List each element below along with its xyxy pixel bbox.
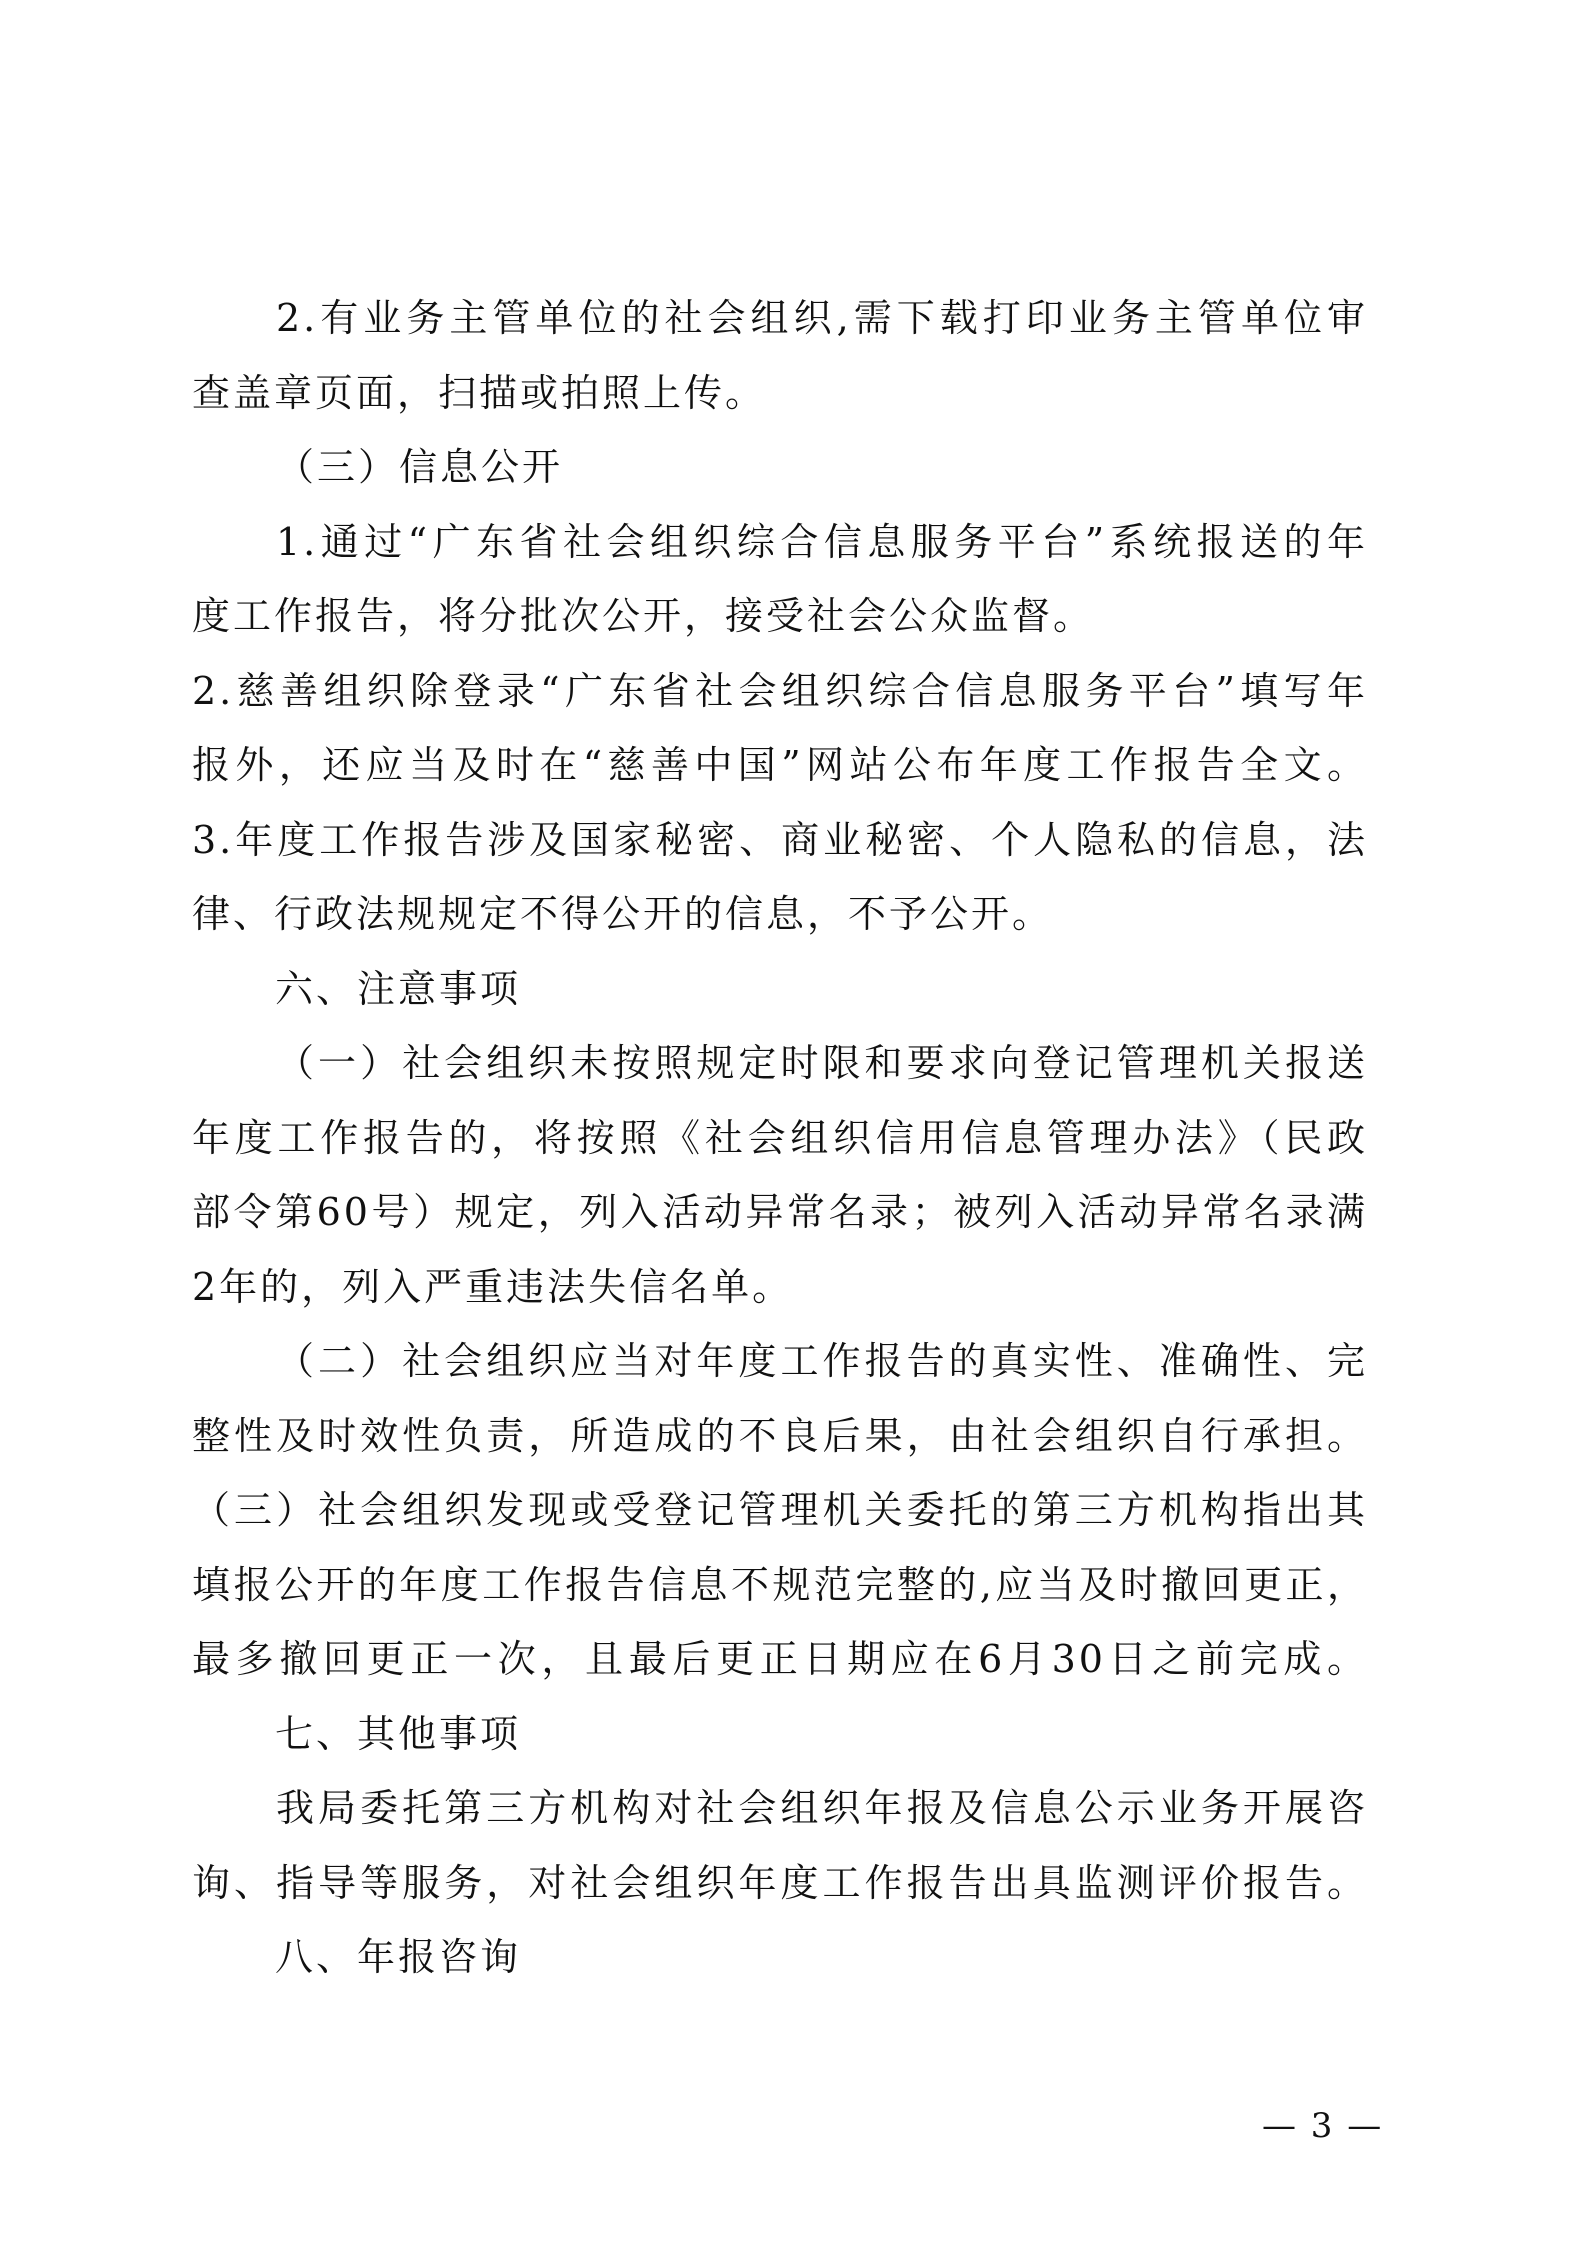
paragraph-line: 2.有业务主管单位的社会组织,需下载打印业务主管单位审	[192, 281, 1368, 356]
paragraph-line: 3.年度工作报告涉及国家秘密、商业秘密、个人隐私的信息，法	[192, 803, 1368, 878]
paragraph-disclosure-item-3: 3.年度工作报告涉及国家秘密、商业秘密、个人隐私的信息，法 律、行政法规规定不得…	[192, 803, 1368, 952]
paragraph-line: 律、行政法规规定不得公开的信息，不予公开。	[192, 877, 1368, 952]
section-heading-6-notes: 六、注意事项	[192, 952, 1368, 1027]
paragraph-line: （二）社会组织应当对年度工作报告的真实性、准确性、完	[192, 1324, 1368, 1399]
paragraph-notes-item-2: （二）社会组织应当对年度工作报告的真实性、准确性、完 整性及时效性负责，所造成的…	[192, 1324, 1368, 1473]
paragraph-item-2-seal-upload: 2.有业务主管单位的社会组织,需下载打印业务主管单位审 查盖章页面，扫描或拍照上…	[192, 281, 1368, 430]
section-heading-8-consultation: 八、年报咨询	[192, 1920, 1368, 1995]
paragraph-line: 我局委托第三方机构对社会组织年报及信息公示业务开展咨	[192, 1771, 1368, 1846]
paragraph-line: 查盖章页面，扫描或拍照上传。	[192, 356, 1368, 431]
page-number: — 3 —	[1262, 2104, 1383, 2148]
paragraph-notes-item-1: （一）社会组织未按照规定时限和要求向登记管理机关报送 年度工作报告的，将按照《社…	[192, 1026, 1368, 1324]
paragraph-line: 部令第60号）规定，列入活动异常名录；被列入活动异常名录满	[192, 1175, 1368, 1250]
paragraph-disclosure-item-1: 1.通过“广东省社会组织综合信息服务平台”系统报送的年 度工作报告，将分批次公开…	[192, 505, 1368, 654]
paragraph-disclosure-item-2: 2.慈善组织除登录“广东省社会组织综合信息服务平台”填写年 报外，还应当及时在“…	[192, 654, 1368, 803]
document-page: 2.有业务主管单位的社会组织,需下载打印业务主管单位审 查盖章页面，扫描或拍照上…	[0, 0, 1587, 2245]
subsection-heading-text: （三）信息公开	[192, 430, 1368, 505]
paragraph-line: 年度工作报告的，将按照《社会组织信用信息管理办法》（民政	[192, 1101, 1368, 1176]
section-heading-7-other-matters: 七、其他事项	[192, 1697, 1368, 1772]
paragraph-line: 报外，还应当及时在“慈善中国”网站公布年度工作报告全文。	[192, 728, 1368, 803]
document-body: 2.有业务主管单位的社会组织,需下载打印业务主管单位审 查盖章页面，扫描或拍照上…	[192, 281, 1368, 1995]
paragraph-line: 2.慈善组织除登录“广东省社会组织综合信息服务平台”填写年	[192, 654, 1368, 729]
paragraph-line: 度工作报告，将分批次公开，接受社会公众监督。	[192, 579, 1368, 654]
paragraph-line: （三）社会组织发现或受登记管理机关委托的第三方机构指出其	[192, 1473, 1368, 1548]
paragraph-line: 整性及时效性负责，所造成的不良后果，由社会组织自行承担。	[192, 1399, 1368, 1474]
paragraph-line: 2年的，列入严重违法失信名单。	[192, 1250, 1368, 1325]
paragraph-line: 最多撤回更正一次，且最后更正日期应在6月30日之前完成。	[192, 1622, 1368, 1697]
paragraph-other-matters: 我局委托第三方机构对社会组织年报及信息公示业务开展咨 询、指导等服务，对社会组织…	[192, 1771, 1368, 1920]
subsection-heading-information-disclosure: （三）信息公开	[192, 430, 1368, 505]
paragraph-line: 询、指导等服务，对社会组织年度工作报告出具监测评价报告。	[192, 1846, 1368, 1921]
paragraph-line: 填报公开的年度工作报告信息不规范完整的,应当及时撤回更正，	[192, 1548, 1368, 1623]
paragraph-line: 1.通过“广东省社会组织综合信息服务平台”系统报送的年	[192, 505, 1368, 580]
paragraph-line: （一）社会组织未按照规定时限和要求向登记管理机关报送	[192, 1026, 1368, 1101]
paragraph-notes-item-3: （三）社会组织发现或受登记管理机关委托的第三方机构指出其 填报公开的年度工作报告…	[192, 1473, 1368, 1697]
